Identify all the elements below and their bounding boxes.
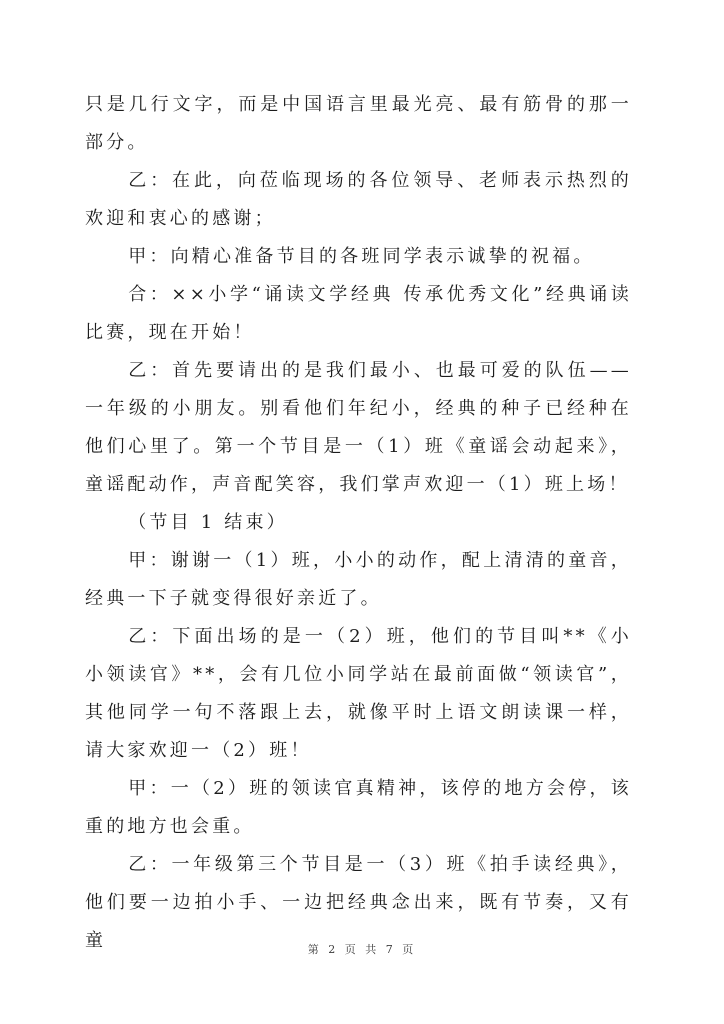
document-page: 只是几行文字，而是中国语言里最光亮、最有筋骨的那一部分。 乙：在此，向莅临现场的… xyxy=(0,0,724,1024)
page-text-content: 只是几行文字，而是中国语言里最光亮、最有筋骨的那一部分。 乙：在此，向莅临现场的… xyxy=(85,86,632,960)
paragraph: 乙：首先要请出的是我们最小、也最可爱的队伍——一年级的小朋友。别看他们年纪小，经… xyxy=(85,352,632,504)
paragraph: 合：××小学“诵读文学经典 传承优秀文化”经典诵读比赛，现在开始！ xyxy=(85,276,632,352)
paragraph: 只是几行文字，而是中国语言里最光亮、最有筋骨的那一部分。 xyxy=(85,86,632,162)
paragraph: 乙：下面出场的是一（2）班，他们的节目叫**《小小领读官》**，会有几位小同学站… xyxy=(85,618,632,770)
page-number-footer: 第 2 页 共 7 页 xyxy=(0,941,724,959)
paragraph: 甲：谢谢一（1）班，小小的动作，配上清清的童音，经典一下子就变得很好亲近了。 xyxy=(85,542,632,618)
stage-direction-paragraph: （节目 1 结束） xyxy=(85,504,632,542)
paragraph: 甲：向精心准备节目的各班同学表示诚挚的祝福。 xyxy=(85,238,632,276)
paragraph: 乙：在此，向莅临现场的各位领导、老师表示热烈的欢迎和衷心的感谢； xyxy=(85,162,632,238)
paragraph: 甲：一（2）班的领读官真精神，该停的地方会停，该重的地方也会重。 xyxy=(85,770,632,846)
